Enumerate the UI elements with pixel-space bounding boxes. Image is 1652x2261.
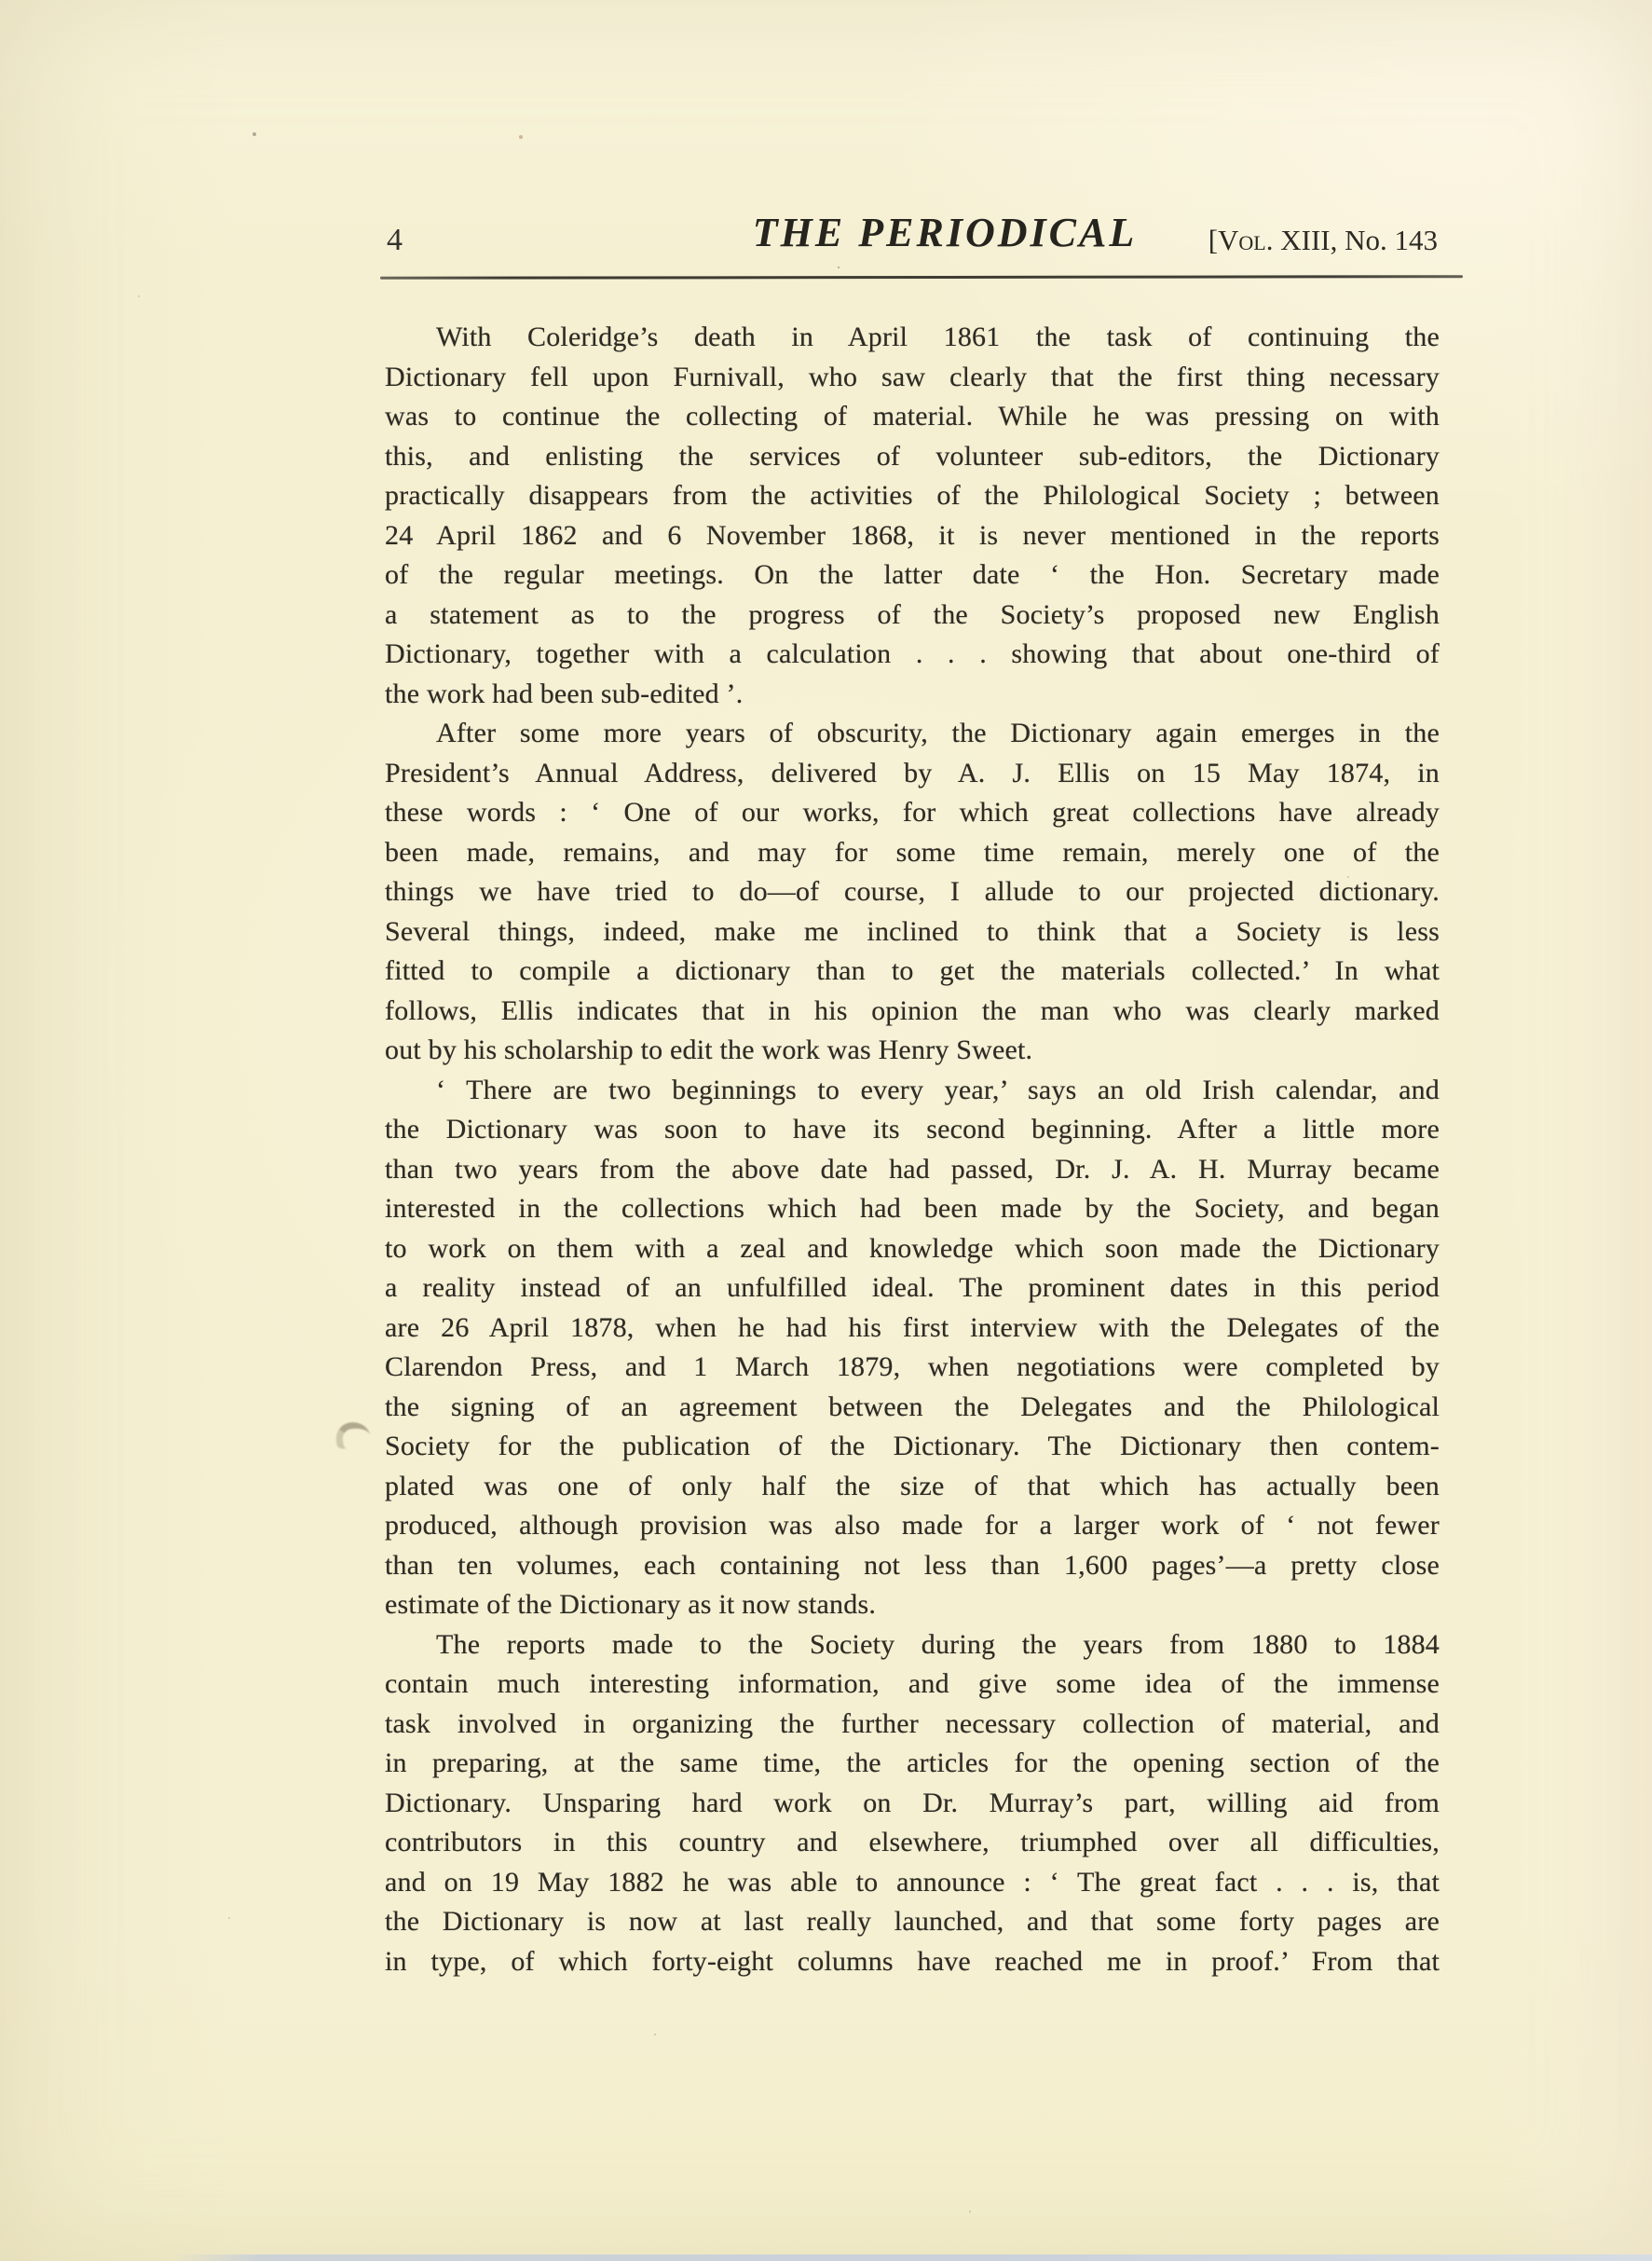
text-line: a reality instead of an unfulfilled idea… bbox=[385, 1268, 1440, 1309]
text-line: plated was one of only half the size of … bbox=[385, 1467, 1440, 1507]
text-line: ‘ There are two beginnings to every year… bbox=[385, 1071, 1440, 1111]
text-line: been made, remains, and may for some tim… bbox=[385, 833, 1440, 873]
body-text: With Coleridge’s death in April 1861 the… bbox=[385, 318, 1440, 1981]
text-line: out by his scholarship to edit the work … bbox=[385, 1031, 1440, 1071]
text-line: things we have tried to do—of course, I … bbox=[385, 872, 1440, 912]
header-rule bbox=[380, 275, 1463, 280]
text-line: a statement as to the progress of the So… bbox=[385, 596, 1440, 636]
volume-issue-label: [Vol. XIII, No. 143 bbox=[1208, 225, 1438, 256]
text-line: of the regular meetings. On the latter d… bbox=[385, 555, 1440, 596]
text-line: 24 April 1862 and 6 November 1868, it is… bbox=[385, 516, 1440, 556]
text-line: are 26 April 1878, when he had his first… bbox=[385, 1309, 1440, 1349]
text-line: Society for the publication of the Dicti… bbox=[385, 1427, 1440, 1467]
text-line: President’s Annual Address, delivered by… bbox=[385, 754, 1440, 794]
text-line: Dictionary, together with a calculation … bbox=[385, 635, 1440, 675]
text-line: With Coleridge’s death in April 1861 the… bbox=[385, 318, 1440, 358]
text-line: the Dictionary was soon to have its seco… bbox=[385, 1110, 1440, 1150]
text-line: estimate of the Dictionary as it now sta… bbox=[385, 1585, 1440, 1625]
text-line: the signing of an agreement between the … bbox=[385, 1388, 1440, 1428]
ink-smudge bbox=[334, 1419, 372, 1450]
scan-edge bbox=[172, 2254, 1652, 2261]
text-line: the work had been sub-edited ’. bbox=[385, 675, 1440, 715]
text-line: in preparing, at the same time, the arti… bbox=[385, 1744, 1440, 1784]
volume-word: Vol. bbox=[1218, 224, 1273, 256]
page-number: 4 bbox=[387, 224, 403, 257]
volume-number: XIII, No. 143 bbox=[1274, 224, 1439, 256]
text-line: this, and enlisting the services of volu… bbox=[385, 437, 1440, 477]
text-line: the Dictionary is now at last really lau… bbox=[385, 1902, 1440, 1942]
text-line: Clarendon Press, and 1 March 1879, when … bbox=[385, 1348, 1440, 1388]
paper-specks bbox=[0, 0, 2, 2]
text-line: than ten volumes, each containing not le… bbox=[385, 1546, 1440, 1586]
text-line: to work on them with a zeal and knowledg… bbox=[385, 1229, 1440, 1269]
text-line: than two years from the above date had p… bbox=[385, 1150, 1440, 1190]
text-line: produced, although provision was also ma… bbox=[385, 1506, 1440, 1546]
text-line: After some more years of obscurity, the … bbox=[385, 714, 1440, 754]
running-title: THE PERIODICAL bbox=[753, 211, 1137, 255]
text-line: was to continue the collecting of materi… bbox=[385, 397, 1440, 437]
volume-bracket: [ bbox=[1208, 224, 1218, 256]
text-line: practically disappears from the activiti… bbox=[385, 476, 1440, 516]
text-line: follows, Ellis indicates that in his opi… bbox=[385, 992, 1440, 1032]
text-line: The reports made to the Society during t… bbox=[385, 1625, 1440, 1665]
text-line: in type, of which forty-eight columns ha… bbox=[385, 1942, 1440, 1982]
text-line: contributors in this country and elsewhe… bbox=[385, 1823, 1440, 1863]
scanned-page: 4 THE PERIODICAL [Vol. XIII, No. 143 Wit… bbox=[0, 0, 1652, 2261]
text-line: Dictionary fell upon Furnivall, who saw … bbox=[385, 358, 1440, 398]
text-line: Dictionary. Unsparing hard work on Dr. M… bbox=[385, 1784, 1440, 1824]
text-line: contain much interesting information, an… bbox=[385, 1665, 1440, 1705]
text-line: Several things, indeed, make me inclined… bbox=[385, 912, 1440, 952]
text-line: and on 19 May 1882 he was able to announ… bbox=[385, 1863, 1440, 1903]
text-line: fitted to compile a dictionary than to g… bbox=[385, 952, 1440, 992]
text-line: interested in the collections which had … bbox=[385, 1189, 1440, 1229]
text-line: task involved in organizing the further … bbox=[385, 1705, 1440, 1745]
text-line: these words : ‘ One of our works, for wh… bbox=[385, 793, 1440, 833]
